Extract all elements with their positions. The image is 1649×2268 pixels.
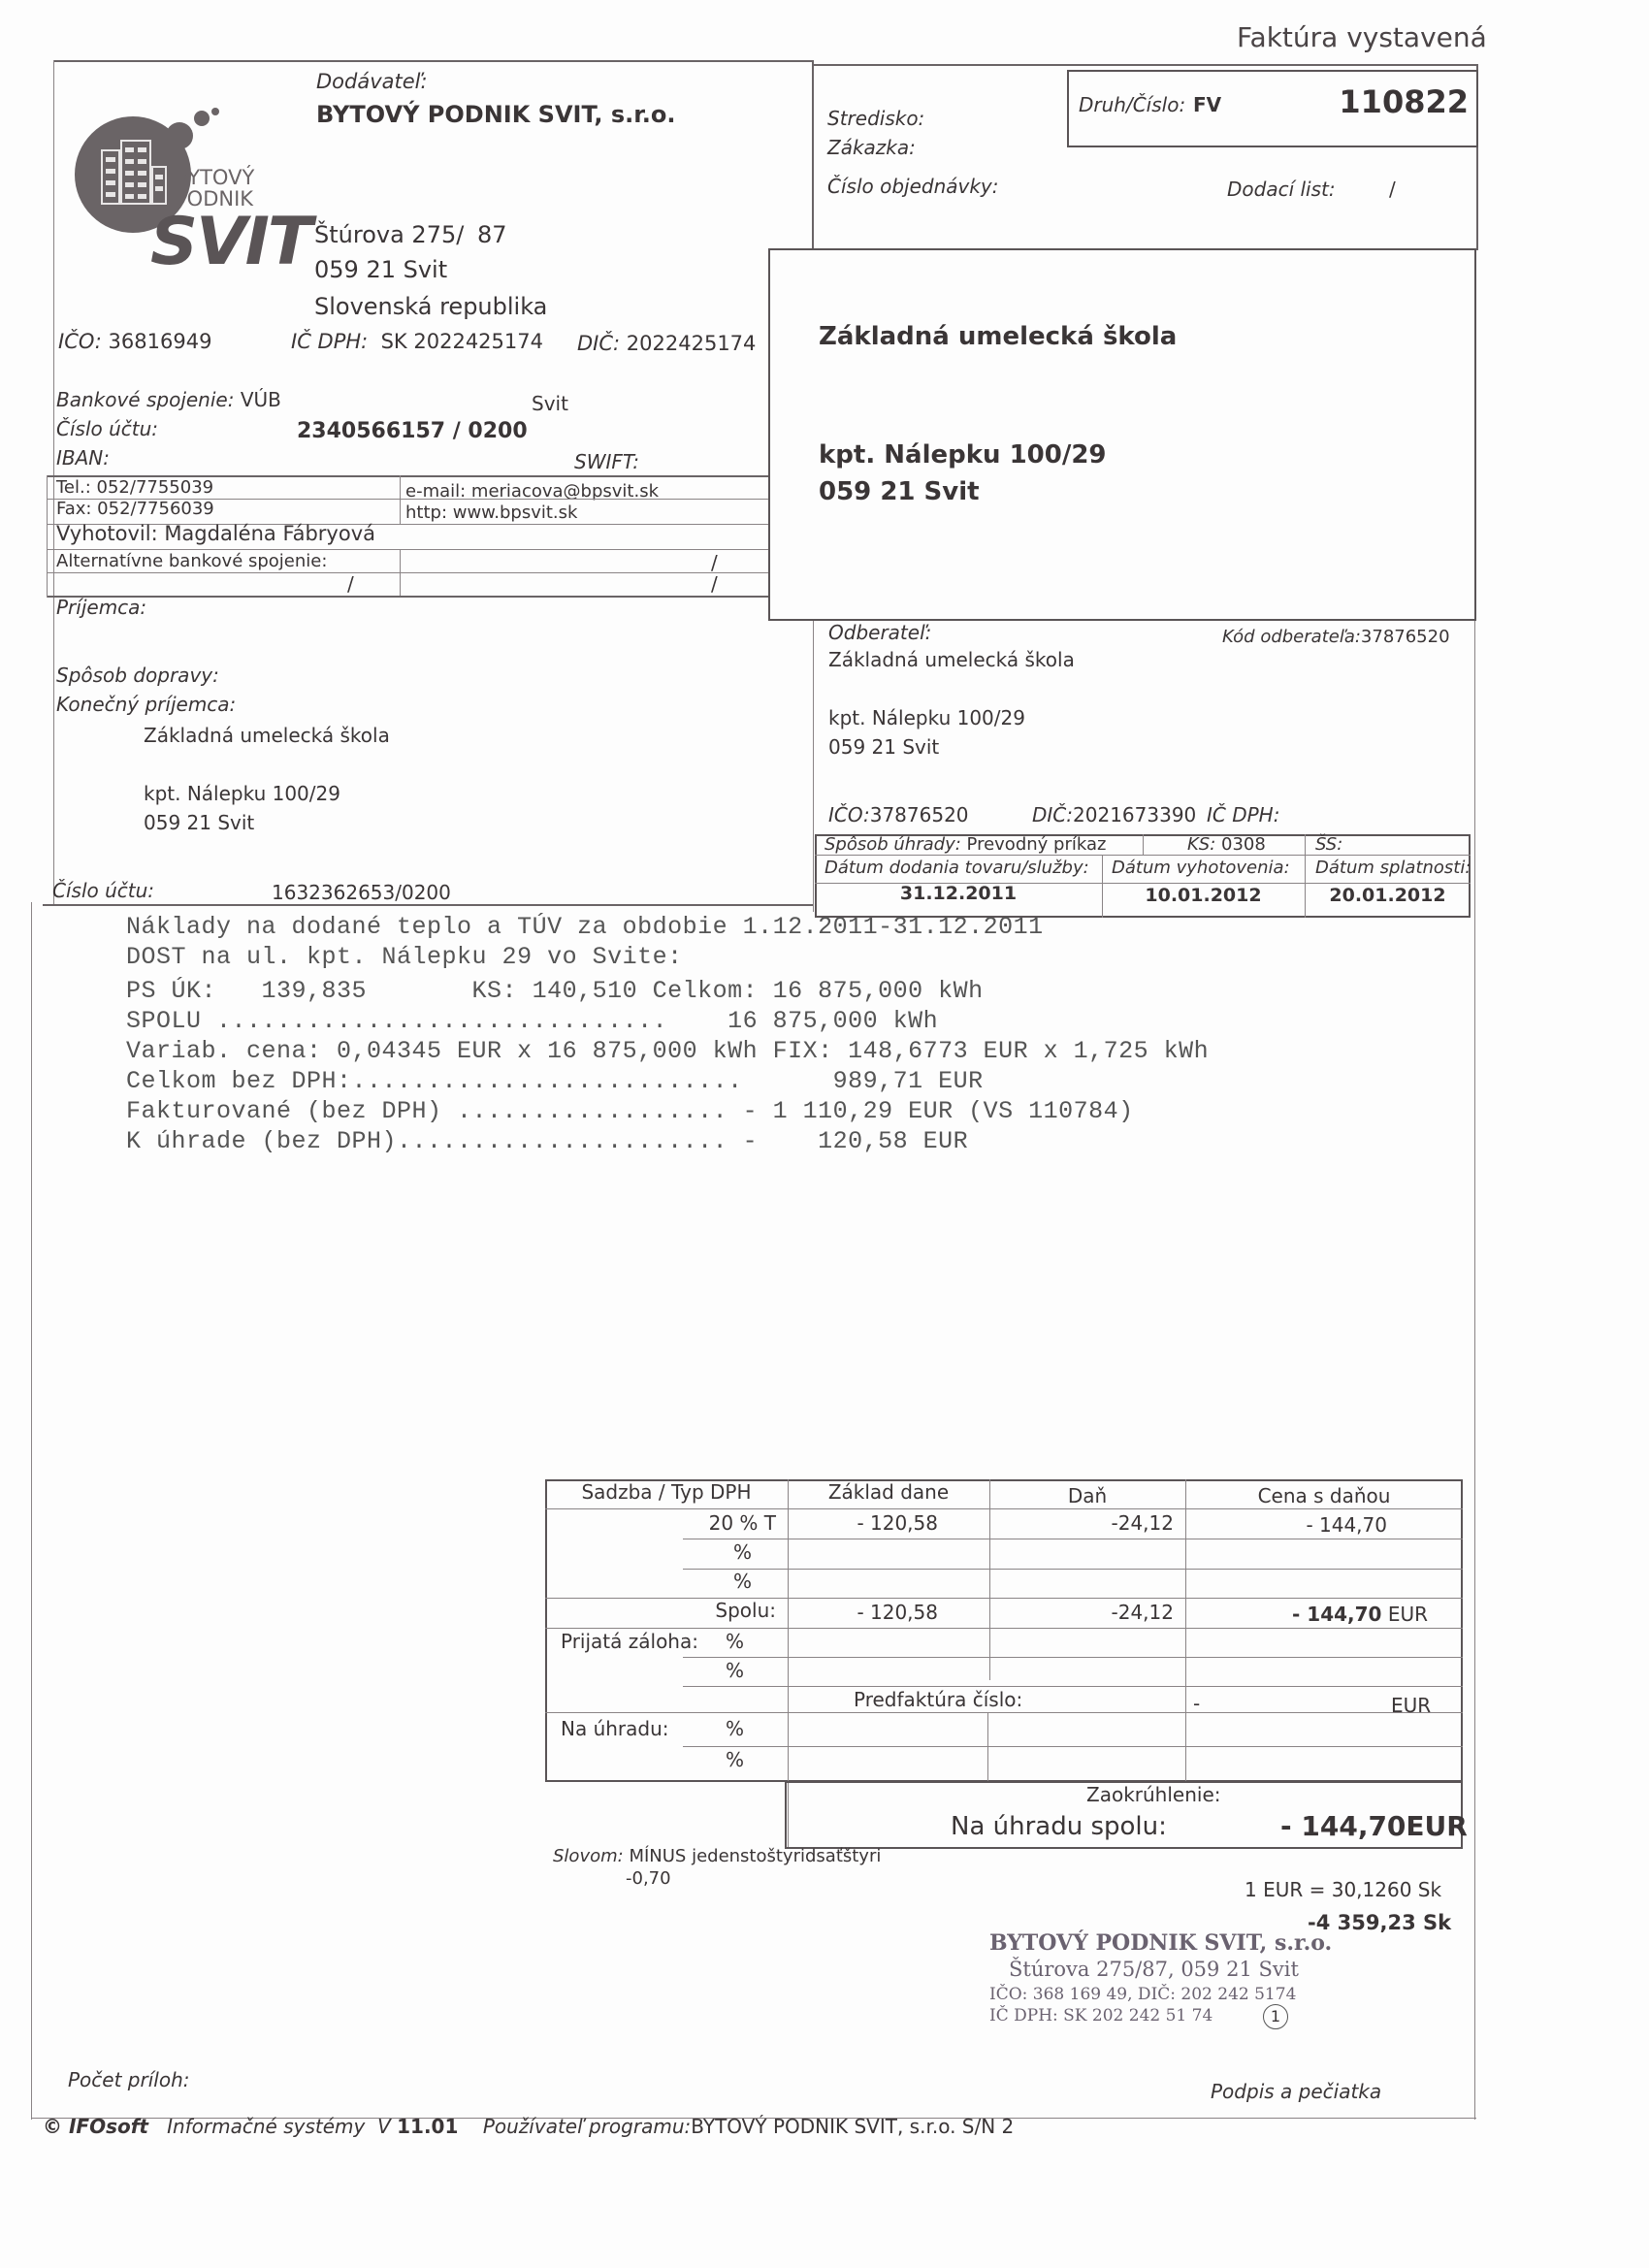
body-line: DOST na ul. kpt. Nálepku 29 vo Svite: xyxy=(126,942,1209,972)
supplier-ico: IČO: 36816949 xyxy=(58,330,211,353)
customer-box-street: kpt. Nálepku 100/29 xyxy=(819,440,1107,470)
vat-tax-1: -24,12 xyxy=(989,1511,1174,1535)
recipient-account: 1632362653/0200 xyxy=(272,881,451,904)
customer-address-box: Základná umelecká škola kpt. Nálepku 100… xyxy=(768,248,1476,621)
vat-rate-1: 20 % T xyxy=(621,1511,776,1535)
due-date-label: Dátum splatnosti: xyxy=(1315,858,1471,878)
vat-spolu-base: - 120,58 xyxy=(788,1601,938,1624)
customer-left xyxy=(813,621,814,912)
account-label: Číslo účtu: xyxy=(56,417,158,440)
body-line: Náklady na dodané teplo a TÚV za obdobie… xyxy=(126,912,1209,942)
rounding-label: Zaokrúhlenie: xyxy=(1086,1783,1221,1806)
vat-header-total: Cena s daňou xyxy=(1185,1484,1463,1507)
na-uhradu-label: Na úhradu: xyxy=(561,1717,669,1740)
amount-in-words-cents: -0,70 xyxy=(626,1868,671,1889)
body-line: Celkom bez DPH:.........................… xyxy=(126,1066,1209,1096)
prijemca-label: Príjemca: xyxy=(56,596,146,619)
footer-copyright: © IFOsoft xyxy=(43,2115,148,2138)
supplier-label: Dodávateľ: xyxy=(316,70,428,93)
frame-left xyxy=(53,60,54,904)
document-title: Faktúra vystavená xyxy=(1237,21,1487,53)
vat-spolu-total: - 144,70 EUR xyxy=(1185,1603,1428,1626)
customer-street: kpt. Nálepku 100/29 xyxy=(828,706,1025,729)
predfaktura-dash: - xyxy=(1193,1692,1200,1715)
due-date: 20.01.2012 xyxy=(1305,885,1471,906)
exchange-rate: 1 EUR = 30,1260 Sk xyxy=(1245,1878,1441,1901)
recipient-street: kpt. Nálepku 100/29 xyxy=(144,782,340,805)
bank-sep-4 xyxy=(47,549,768,550)
zaloha-rate-2: % xyxy=(726,1659,744,1682)
vat-row-sep xyxy=(545,1712,1463,1713)
issue-date: 10.01.2012 xyxy=(1102,885,1305,906)
zakazka-label: Zákazka: xyxy=(827,136,916,159)
customer-dic: DIČ:2021673390 xyxy=(1032,803,1196,826)
payment-method: Spôsob úhrady: Prevodný príkaz xyxy=(824,834,1106,855)
zaloha-label: Prijatá záloha: xyxy=(561,1630,698,1653)
frame-top-left xyxy=(54,60,813,62)
website: http: www.bpsvit.sk xyxy=(405,502,577,523)
doc-number: 110822 xyxy=(1339,83,1469,120)
supplier-city: 059 21 Svit xyxy=(314,256,447,283)
objednavka-label: Číslo objednávky: xyxy=(827,175,999,198)
bank-label: Bankové spojenie: VÚB xyxy=(56,388,281,411)
footer: © IFOsoft Informačné systémy V 11.01 Pou… xyxy=(43,2115,1014,2138)
attachments-label: Počet príloh: xyxy=(68,2068,189,2091)
customer-box-name: Základná umelecká škola xyxy=(819,322,1177,351)
vat-row-sep xyxy=(683,1539,1463,1539)
vat-row-sep xyxy=(683,1657,1463,1658)
bank-sep-5 xyxy=(47,572,768,573)
alt-bank-label: Alternatívne bankové spojenie: xyxy=(56,551,327,571)
customer-ico: IČO:37876520 xyxy=(828,803,969,826)
fax: Fax: 052/7756039 xyxy=(56,499,214,519)
delivery-date: 31.12.2011 xyxy=(815,883,1102,904)
predfaktura-label: Predfaktúra číslo: xyxy=(854,1688,1022,1711)
alt-bank-slash-1: / xyxy=(711,551,718,574)
logo-text-svit: SVIT xyxy=(150,209,310,276)
supplier-street-no: 87 xyxy=(477,221,507,248)
stamp-line-1: BYTOVÝ PODNIK SVIT, s.r.o. xyxy=(989,1930,1332,1956)
vat-spolu-label: Spolu: xyxy=(621,1599,776,1622)
vat-row-sep xyxy=(545,1508,1463,1509)
vyhotovil: Vyhotovil: Magdaléna Fábryová xyxy=(56,522,375,545)
predfaktura-currency: EUR xyxy=(1391,1694,1431,1717)
vat-col-sep-2b xyxy=(987,1712,988,1782)
body-line: K úhrade (bez DPH)......................… xyxy=(126,1126,1209,1156)
total-amount: - 144,70EUR xyxy=(1280,1810,1468,1842)
frame-right-lower xyxy=(1474,621,1475,2120)
recipient-bottom xyxy=(43,904,813,906)
recipient-account-label: Číslo účtu: xyxy=(52,879,154,902)
konecny-prijemca-label: Konečný príjemca: xyxy=(56,693,236,716)
vat-col-sep-2 xyxy=(989,1479,990,1680)
payment-ss-label: ŠS: xyxy=(1315,834,1342,855)
frame-left-lower xyxy=(31,902,32,2120)
doc-type-label: Druh/Číslo: xyxy=(1079,93,1185,116)
stamp-line-4: IČ DPH: SK 202 242 51 74 xyxy=(989,2006,1212,2025)
vat-total-1: - 144,70 xyxy=(1185,1513,1387,1537)
footer-user: BYTOVÝ PODNIK SVIT, s.r.o. S/N 2 xyxy=(691,2115,1014,2138)
bank-vsep-2 xyxy=(400,549,401,596)
vat-spolu-tax: -24,12 xyxy=(989,1601,1174,1624)
frame-top-right xyxy=(813,64,1478,66)
vat-header-base: Základ dane xyxy=(788,1480,989,1504)
supplier-street: Štúrova 275/ xyxy=(314,221,464,248)
customer-name: Základná umelecká škola xyxy=(828,648,1075,671)
doprava-label: Spôsob dopravy: xyxy=(56,664,219,687)
supplier-icdph: IČ DPH: SK 2022425174 xyxy=(291,330,543,353)
body-line: SPOLU .............................. 16 … xyxy=(126,1006,1209,1036)
logo-text-bytovy: BYTOVÝ xyxy=(175,167,254,188)
supplier-name: BYTOVÝ PODNIK SVIT, s.r.o. xyxy=(316,101,675,128)
bank-left xyxy=(47,475,48,598)
supplier-account: 2340566157 / 0200 xyxy=(297,419,528,443)
alt-bank-slash-2: / xyxy=(347,572,354,596)
customer-code: Kód odberateľa:37876520 xyxy=(1222,627,1450,647)
vat-row-sep xyxy=(683,1686,1463,1687)
amount-in-words: Slovom: MÍNUS jedenstoštyridsaťštyri xyxy=(553,1846,881,1866)
odberatel-label: Odberateľ: xyxy=(828,621,931,644)
customer-box-city: 059 21 Svit xyxy=(819,477,980,506)
vat-rate-3: % xyxy=(621,1570,752,1593)
doc-type: FV xyxy=(1193,93,1221,116)
stamp-line-2: Štúrova 275/87, 059 21 Svit xyxy=(1009,1958,1299,1981)
invoice-body: Náklady na dodané teplo a TÚV za obdobie… xyxy=(126,912,1209,1156)
issue-date-label: Dátum vyhotovenia: xyxy=(1112,858,1290,878)
signature-label: Podpis a pečiatka xyxy=(1211,2080,1381,2103)
vat-rate-2: % xyxy=(621,1540,752,1564)
na-uhradu-rate-1: % xyxy=(726,1717,744,1740)
stredisko-label: Stredisko: xyxy=(827,107,924,130)
na-uhradu-rate-2: % xyxy=(726,1748,744,1771)
customer-city: 059 21 Svit xyxy=(828,735,939,759)
footer-system: Informačné systémy xyxy=(167,2115,365,2138)
vat-row-sep xyxy=(683,1746,1463,1747)
total-label: Na úhradu spolu: xyxy=(951,1812,1167,1841)
recipient-city: 059 21 Svit xyxy=(144,811,254,834)
body-line: PS ÚK: 139,835 KS: 140,510 Celkom: 16 87… xyxy=(126,976,1209,1006)
supplier-country: Slovenská republika xyxy=(314,293,547,320)
payment-ks: KS: 0308 xyxy=(1187,834,1266,855)
payment-col-sep-1 xyxy=(1143,834,1144,856)
recipient-name: Základná umelecká škola xyxy=(144,724,390,747)
vat-row-sep xyxy=(683,1569,1463,1570)
zaloha-rate-1: % xyxy=(726,1630,744,1653)
swift-label: SWIFT: xyxy=(574,450,639,473)
bank-city: Svit xyxy=(532,392,568,415)
bank-vsep xyxy=(400,475,401,524)
bank-sep-6 xyxy=(47,596,768,598)
company-logo: BYTOVÝ PODNIK SVIT xyxy=(68,97,262,291)
tel: Tel.: 052/7755039 xyxy=(56,477,213,498)
body-line: Variab. cena: 0,04345 EUR x 16 875,000 k… xyxy=(126,1036,1209,1066)
alt-bank-slash-3: / xyxy=(711,572,718,596)
stamp-line-3: IČO: 368 169 49, DIČ: 202 242 5174 xyxy=(989,1985,1296,2004)
vat-header-rate: Sadzba / Typ DPH xyxy=(545,1480,788,1504)
iban-label: IBAN: xyxy=(56,446,110,470)
delivery-date-label: Dátum dodania tovaru/služby: xyxy=(824,858,1089,878)
supplier-dic: DIČ: 2022425174 xyxy=(577,332,756,355)
customer-icdph-label: IČ DPH: xyxy=(1207,803,1279,826)
footer-version: 11.01 xyxy=(397,2115,458,2138)
vat-header-tax: Daň xyxy=(989,1484,1185,1507)
body-line: Fakturované (bez DPH) ..................… xyxy=(126,1096,1209,1126)
dodaci-list-label: Dodací list: xyxy=(1227,178,1336,201)
stamp-number-circle: 1 xyxy=(1263,2004,1288,2029)
vat-row-sep xyxy=(545,1628,1463,1629)
divider-vertical xyxy=(812,60,814,250)
dodaci-list-value: / xyxy=(1389,178,1396,201)
vat-base-1: - 120,58 xyxy=(788,1511,938,1535)
doc-number-box: Druh/Číslo: FV 110822 xyxy=(1067,70,1478,147)
